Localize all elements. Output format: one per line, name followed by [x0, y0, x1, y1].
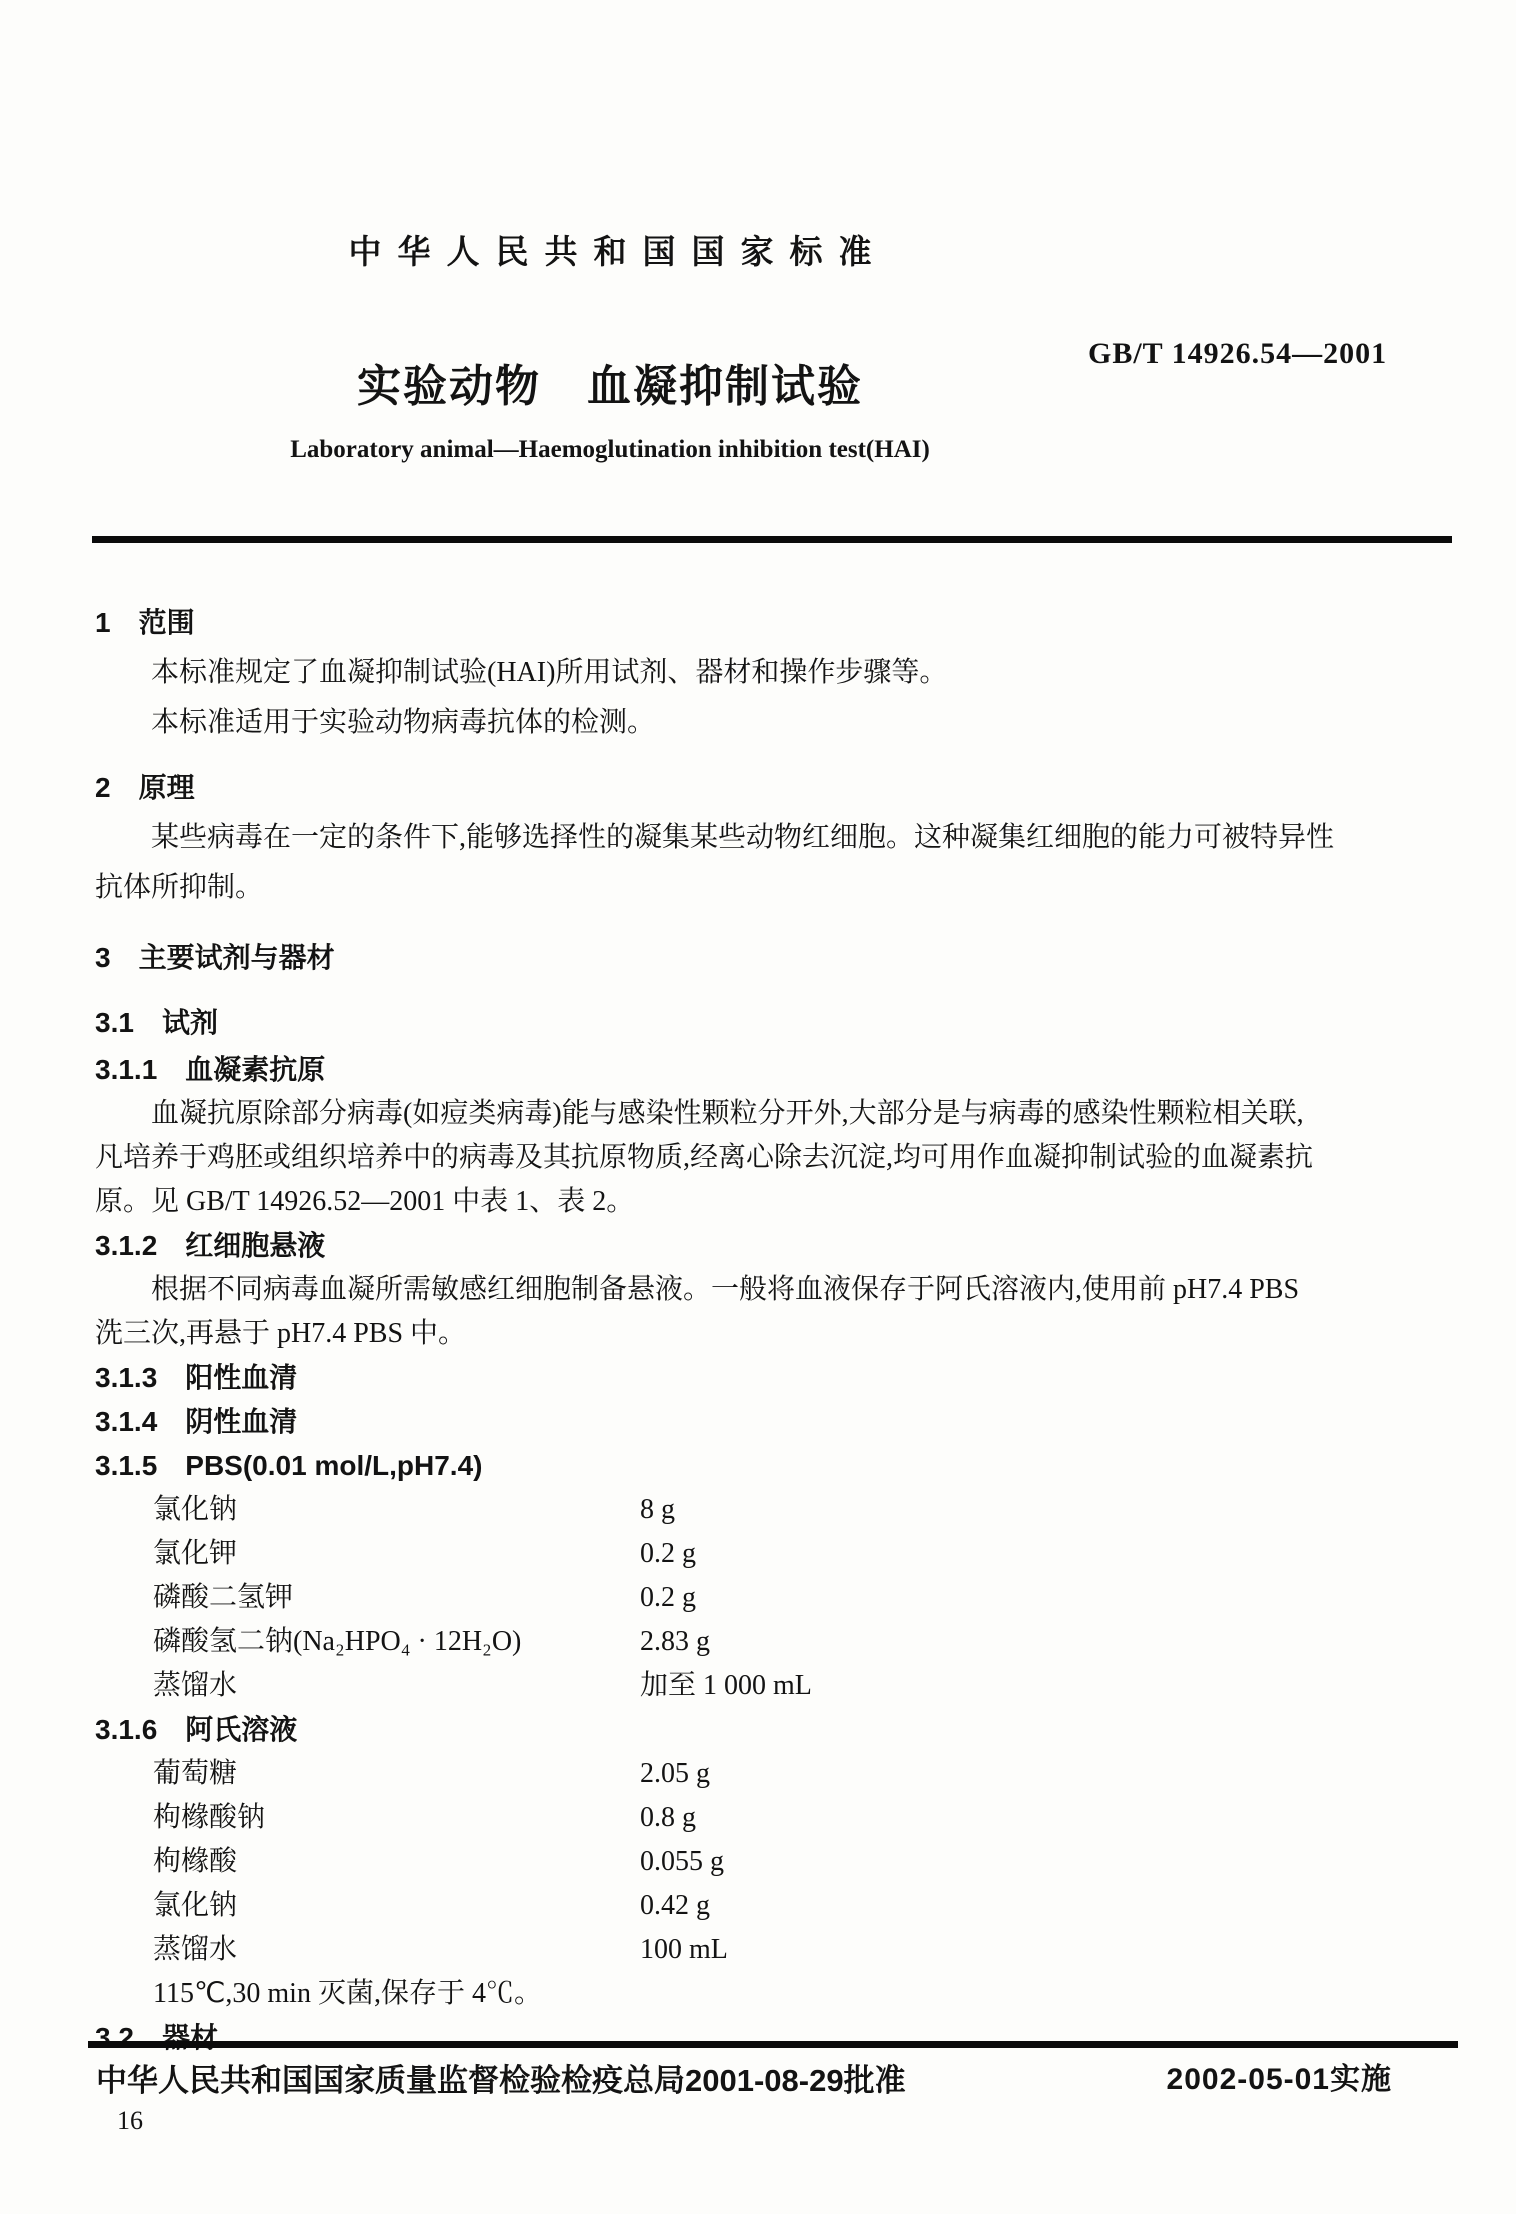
ingredient-amount: 加至 1 000 mL	[640, 1664, 812, 1708]
ingredient-name: 枸橼酸	[153, 1840, 640, 1884]
ingredient-row: 磷酸氢二钠(Na₂HPO₄ · 12H₂O) 2.83 g	[95, 1620, 1395, 1664]
paragraph-line: 本标准规定了血凝抑制试验(HAI)所用试剂、器材和操作步骤等。	[95, 648, 1395, 698]
ingredient-amount: 100 mL	[640, 1928, 728, 1972]
implementation-date: 2002-05-01实施	[1167, 2054, 1392, 2098]
section-3-1-2-heading: 3.1.2红细胞悬液	[95, 1224, 1395, 1268]
section-number: 2	[95, 772, 111, 803]
document-body: 1范围 本标准规定了血凝抑制试验(HAI)所用试剂、器材和操作步骤等。 本标准适…	[95, 598, 1395, 2060]
ingredient-amount: 0.055 g	[640, 1840, 724, 1884]
ingredient-row: 蒸馏水 100 mL	[95, 1928, 1395, 1972]
ingredient-row: 蒸馏水 加至 1 000 mL	[95, 1664, 1395, 1708]
paragraph-line: 原。见 GB/T 14926.52—2001 中表 1、表 2。	[95, 1180, 1395, 1224]
ingredient-row: 葡萄糖 2.05 g	[95, 1752, 1395, 1796]
approval-statement: 中华人民共和国国家质量监督检验检疫总局2001-08-29批准	[96, 2055, 906, 2100]
paragraph-line: 根据不同病毒血凝所需敏感红细胞制备悬液。一般将血液保存于阿氏溶液内,使用前 pH…	[95, 1268, 1395, 1312]
paragraph-line: 本标准适用于实验动物病毒抗体的检测。	[95, 698, 1395, 748]
ingredient-name: 氯化钠	[153, 1488, 640, 1532]
section-3-1-6-heading: 3.1.6阿氏溶液	[95, 1708, 1395, 1752]
ingredient-amount: 0.42 g	[640, 1884, 710, 1928]
header-divider-rule	[92, 536, 1452, 543]
ingredient-name: 蒸馏水	[153, 1664, 640, 1708]
section-title: 阿氏溶液	[185, 1714, 297, 1745]
ingredient-amount: 2.83 g	[640, 1620, 710, 1664]
section-title: PBS(0.01 mol/L,pH7.4)	[185, 1450, 482, 1481]
section-title: 试剂	[162, 1007, 218, 1038]
section-3-1-heading: 3.1试剂	[95, 998, 1395, 1048]
ingredient-row: 氯化钾 0.2 g	[95, 1532, 1395, 1576]
ingredient-row: 磷酸二氢钾 0.2 g	[95, 1576, 1395, 1620]
section-3-1-4-heading: 3.1.4阴性血清	[95, 1400, 1395, 1444]
section-number: 3	[95, 942, 111, 973]
section-title: 血凝素抗原	[185, 1054, 325, 1085]
section-3-1-3-heading: 3.1.3阳性血清	[95, 1356, 1395, 1400]
section-1-heading: 1范围	[95, 598, 1395, 648]
paragraph-line: 抗体所抑制。	[95, 863, 1395, 913]
ingredient-row: 氯化钠 0.42 g	[95, 1884, 1395, 1928]
ingredient-name: 磷酸氢二钠(Na₂HPO₄ · 12H₂O)	[153, 1620, 640, 1664]
ingredient-name: 葡萄糖	[153, 1752, 640, 1796]
section-number: 3.1.6	[95, 1714, 157, 1745]
ingredient-row: 枸橼酸 0.055 g	[95, 1840, 1395, 1884]
ingredient-name: 蒸馏水	[153, 1928, 640, 1972]
section-number: 1	[95, 607, 111, 638]
section-number: 3.1.3	[95, 1362, 157, 1393]
standard-number: GB/T 14926.54—2001	[1088, 337, 1387, 371]
ingredient-row: 氯化钠 8 g	[95, 1488, 1395, 1532]
section-number: 3.1.5	[95, 1450, 157, 1481]
section-title: 器材	[162, 2022, 218, 2053]
section-title: 阳性血清	[185, 1362, 297, 1393]
section-3-heading: 3主要试剂与器材	[95, 933, 1395, 983]
paragraph-line: 凡培养于鸡胚或组织培养中的病毒及其抗原物质,经离心除去沉淀,均可用作血凝抑制试验…	[95, 1136, 1395, 1180]
section-number: 3.2	[95, 2022, 134, 2053]
ingredient-name: 枸橼酸钠	[153, 1796, 640, 1840]
document-page: 中华人民共和国国家标准 实验动物 血凝抑制试验 Laboratory anima…	[0, 0, 1516, 2214]
section-number: 3.1.1	[95, 1054, 157, 1085]
ingredient-amount: 8 g	[640, 1488, 675, 1532]
national-standard-banner: 中华人民共和国国家标准	[95, 226, 1125, 273]
ingredient-name: 磷酸二氢钾	[153, 1576, 640, 1620]
section-number: 3.1.2	[95, 1230, 157, 1261]
paragraph-line: 某些病毒在一定的条件下,能够选择性的凝集某些动物红细胞。这种凝集红细胞的能力可被…	[95, 813, 1395, 863]
section-title: 阴性血清	[185, 1406, 297, 1437]
section-title: 主要试剂与器材	[139, 942, 335, 973]
ingredient-amount: 0.2 g	[640, 1532, 696, 1576]
section-number: 3.1	[95, 1007, 134, 1038]
standard-title-cn: 实验动物 血凝抑制试验	[95, 350, 1125, 414]
ingredient-row: 枸橼酸钠 0.8 g	[95, 1796, 1395, 1840]
ingredient-amount: 0.2 g	[640, 1576, 696, 1620]
page-number: 16	[117, 2106, 143, 2136]
paragraph-line: 血凝抗原除部分病毒(如痘类病毒)能与感染性颗粒分开外,大部分是与病毒的感染性颗粒…	[95, 1092, 1395, 1136]
paragraph-line: 洗三次,再悬于 pH7.4 PBS 中。	[95, 1312, 1395, 1356]
footer-divider-rule	[88, 2041, 1458, 2048]
section-3-1-1-heading: 3.1.1血凝素抗原	[95, 1048, 1395, 1092]
standard-title-en: Laboratory animal—Haemoglutination inhib…	[95, 436, 1125, 464]
section-2-heading: 2原理	[95, 763, 1395, 813]
sterilization-note: 115℃,30 min 灭菌,保存于 4℃。	[153, 1972, 1395, 2016]
section-title: 范围	[139, 607, 195, 638]
section-title: 原理	[139, 772, 195, 803]
section-3-1-5-heading: 3.1.5PBS(0.01 mol/L,pH7.4)	[95, 1444, 1395, 1488]
ingredient-amount: 0.8 g	[640, 1796, 696, 1840]
section-number: 3.1.4	[95, 1406, 157, 1437]
ingredient-amount: 2.05 g	[640, 1752, 710, 1796]
ingredient-name: 氯化钾	[153, 1532, 640, 1576]
section-title: 红细胞悬液	[185, 1230, 325, 1261]
ingredient-name: 氯化钠	[153, 1884, 640, 1928]
